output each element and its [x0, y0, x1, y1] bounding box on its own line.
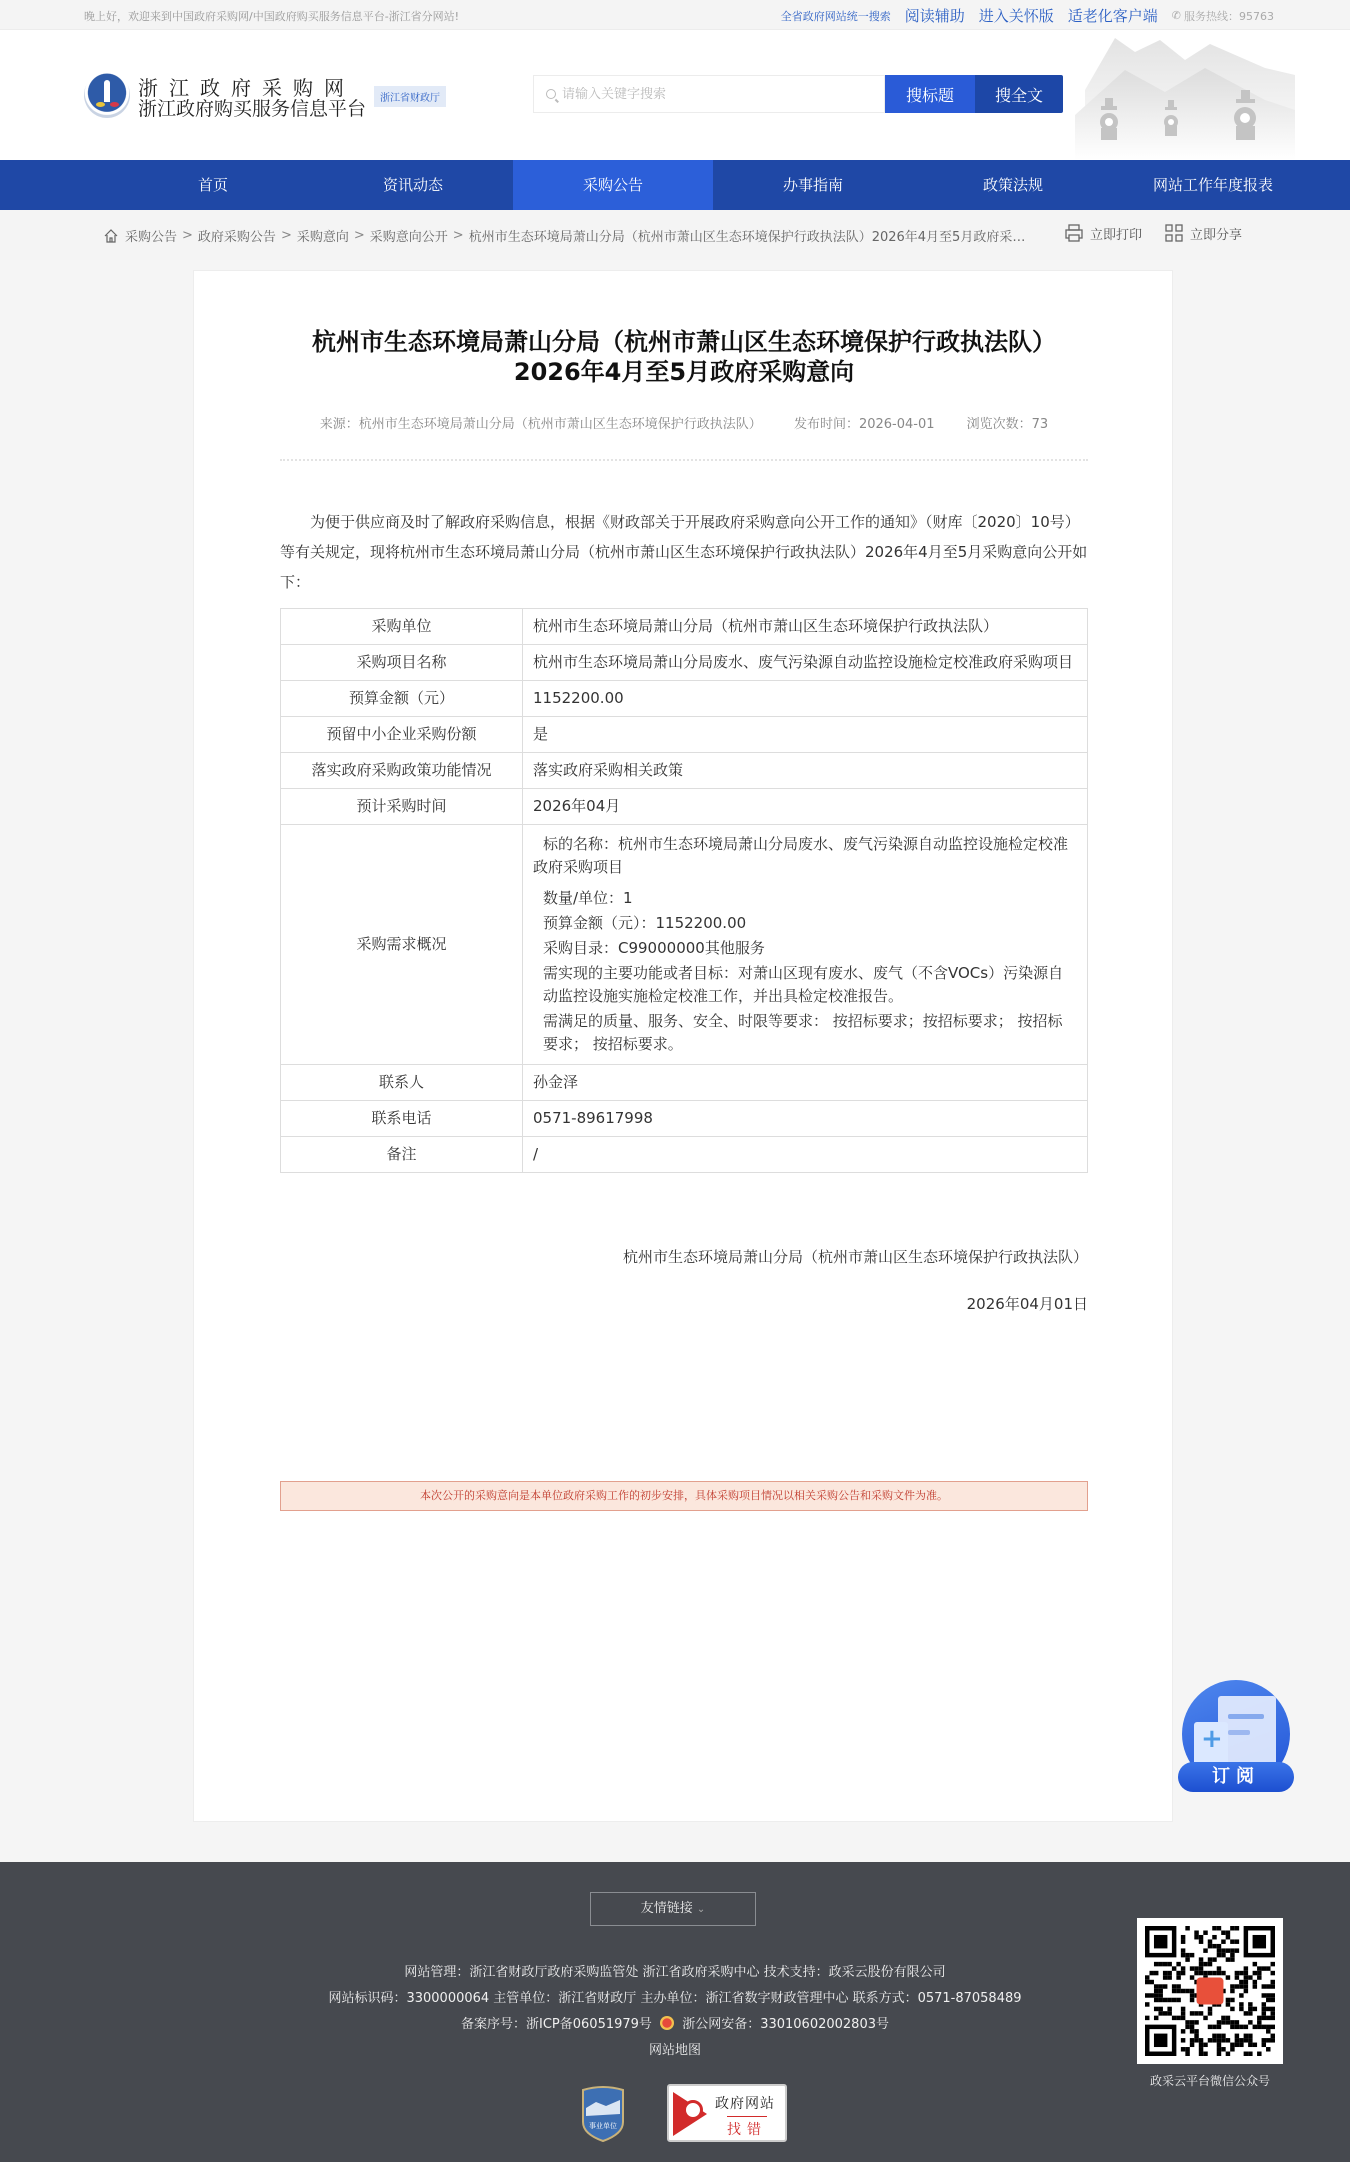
procurement-intent-table: 采购单位 杭州市生态环境局萧山分局（杭州市萧山区生态环境保护行政执法队） 采购项…	[280, 608, 1088, 1173]
row-value: 是	[523, 717, 1088, 753]
signature-unit: 杭州市生态环境局萧山分局（杭州市萧山区生态环境保护行政执法队）	[280, 1246, 1088, 1267]
report-badge-line2: 找错	[727, 2116, 767, 2139]
police-emblem-icon	[660, 2016, 674, 2030]
row-label: 联系电话	[281, 1101, 523, 1137]
table-row: 预算金额（元） 1152200.00	[281, 681, 1088, 717]
site-header: 浙江政府采购网 浙江政府购买服务信息平台 浙江省财政厅 搜标题 搜全文	[0, 30, 1350, 160]
table-row: 采购项目名称 杭州市生态环境局萧山分局废水、废气污染源自动监控设施检定校准政府采…	[281, 645, 1088, 681]
article-card: 杭州市生态环境局萧山分局（杭州市萧山区生态环境保护行政执法队）2026年4月至5…	[193, 270, 1173, 1822]
nav-item-guide[interactable]: 办事指南	[713, 160, 913, 210]
site-logo-icon[interactable]	[84, 72, 130, 118]
breadcrumb-item[interactable]: 采购意向	[297, 226, 349, 245]
table-row: 预留中小企业采购份额 是	[281, 717, 1088, 753]
search-title-button[interactable]: 搜标题	[885, 75, 975, 113]
nav-item-annual-report[interactable]: 网站工作年度报表	[1113, 160, 1313, 210]
nav-item-policy[interactable]: 政策法规	[913, 160, 1113, 210]
disclaimer-notice: 本次公开的采购意向是本单位政府采购工作的初步安排，具体采购项目情况以相关采购公告…	[280, 1481, 1088, 1511]
row-value: 落实政府采购相关政策	[523, 753, 1088, 789]
chevron-down-icon: ⌄	[697, 1904, 705, 1915]
share-button[interactable]: 立即分享	[1164, 223, 1242, 243]
police-filing-link[interactable]: 浙公网安备：33010602002803号	[682, 2017, 889, 2032]
report-error-badge[interactable]: 政府网站 找错	[667, 2084, 787, 2142]
table-row: 联系人 孙金泽	[281, 1065, 1088, 1101]
row-label: 联系人	[281, 1065, 523, 1101]
meta-divider	[280, 459, 1088, 461]
article-meta: 来源：杭州市生态环境局萧山分局（杭州市萧山区生态环境保护行政执法队） 发布时间：…	[280, 413, 1088, 432]
sitemap-link[interactable]: 网站地图	[649, 2043, 701, 2058]
qr-caption: 政采云平台微信公众号	[1118, 2072, 1302, 2089]
row-label: 采购单位	[281, 609, 523, 645]
demand-summary: 标的名称：杭州市生态环境局萧山分局废水、废气污染源自动监控设施检定校准政府采购项…	[523, 825, 1088, 1065]
public-institution-badge-icon[interactable]: 事业单位	[580, 2084, 626, 2142]
reading-aid-link[interactable]: 阅读辅助	[905, 5, 965, 26]
top-bar: 晚上好，欢迎来到中国政府采购网/中国政府购买服务信息平台-浙江省分网站! 全省政…	[0, 0, 1350, 30]
search-box	[533, 75, 885, 113]
row-label: 备注	[281, 1137, 523, 1173]
row-label: 预留中小企业采购份额	[281, 717, 523, 753]
hotline: ✆ 服务热线：95763	[1172, 8, 1274, 24]
nav-item-home[interactable]: 首页	[113, 160, 313, 210]
nav-item-news[interactable]: 资讯动态	[313, 160, 513, 210]
signature-date: 2026年04月01日	[280, 1293, 1088, 1314]
article-title: 杭州市生态环境局萧山分局（杭州市萧山区生态环境保护行政执法队）2026年4月至5…	[280, 327, 1088, 387]
qr-share-icon	[1164, 223, 1184, 243]
nav-item-procurement-notices[interactable]: 采购公告	[513, 160, 713, 210]
print-button[interactable]: 立即打印	[1064, 223, 1142, 243]
demand-catalog: 采购目录：C99000000其他服务	[543, 937, 1077, 960]
demand-budget: 预算金额（元）：1152200.00	[543, 912, 1077, 935]
report-badge-line1: 政府网站	[715, 2093, 775, 2113]
search-fulltext-button[interactable]: 搜全文	[975, 75, 1063, 113]
svg-text:事业单位: 事业单位	[589, 2121, 617, 2130]
breadcrumb-bar: 采购公告> 政府采购公告> 采购意向> 采购意向公开> 杭州市生态环境局萧山分局…	[0, 210, 1350, 260]
friend-links-dropdown[interactable]: 友情链接⌄	[590, 1892, 756, 1926]
search-input[interactable]	[562, 87, 862, 102]
icp-link[interactable]: 备案序号：浙ICP备06051979号	[461, 2017, 652, 2032]
home-icon[interactable]	[103, 228, 119, 244]
print-label: 立即打印	[1090, 224, 1142, 243]
hotline-text: 服务热线：95763	[1184, 8, 1274, 24]
article-source: 来源：杭州市生态环境局萧山分局（杭州市萧山区生态环境保护行政执法队）	[320, 417, 762, 432]
site-footer: 友情链接⌄ 网站管理：浙江省财政厅政府采购监管处 浙江省政府采购中心 技术支持：…	[0, 1862, 1350, 2162]
magnifier-icon	[683, 2100, 703, 2120]
row-label: 预计采购时间	[281, 789, 523, 825]
welcome-text: 晚上好，欢迎来到中国政府采购网/中国政府购买服务信息平台-浙江省分网站!	[84, 8, 459, 24]
dept-badge[interactable]: 浙江省财政厅	[374, 86, 446, 107]
breadcrumb-item[interactable]: 采购公告	[125, 226, 177, 245]
article-publish-time: 发布时间：2026-04-01	[794, 417, 935, 432]
table-row: 备注 /	[281, 1137, 1088, 1173]
top-links: 全省政府网站统一搜索 阅读辅助 进入关怀版 适老化客户端 ✆ 服务热线：9576…	[781, 5, 1274, 26]
row-value: 杭州市生态环境局萧山分局（杭州市萧山区生态环境保护行政执法队）	[523, 609, 1088, 645]
row-value: 孙金泽	[523, 1065, 1088, 1101]
printer-icon	[1064, 223, 1084, 243]
row-label: 预算金额（元）	[281, 681, 523, 717]
table-row: 落实政府采购政策功能情况 落实政府采购相关政策	[281, 753, 1088, 789]
row-value: 0571-89617998	[523, 1101, 1088, 1137]
demand-subject: 标的名称：杭州市生态环境局萧山分局废水、废气污染源自动监控设施检定校准政府采购项…	[533, 833, 1077, 879]
unified-search-link[interactable]: 全省政府网站统一搜索	[781, 8, 891, 24]
breadcrumb-current: 杭州市生态环境局萧山分局（杭州市萧山区生态环境保护行政执法队）2026年4月至5…	[469, 226, 1037, 245]
breadcrumb: 采购公告> 政府采购公告> 采购意向> 采购意向公开> 杭州市生态环境局萧山分局…	[103, 226, 1037, 245]
row-label: 采购项目名称	[281, 645, 523, 681]
row-value: /	[523, 1137, 1088, 1173]
page-actions: 立即打印 立即分享	[1064, 223, 1242, 243]
row-value: 2026年04月	[523, 789, 1088, 825]
scenery-illustration	[1065, 30, 1295, 160]
search-icon	[546, 89, 556, 99]
friend-links-label: 友情链接	[641, 1901, 693, 1916]
row-value: 杭州市生态环境局萧山分局废水、废气污染源自动监控设施检定校准政府采购项目	[523, 645, 1088, 681]
elderly-client-link[interactable]: 适老化客户端	[1068, 5, 1158, 26]
demand-quantity: 数量/单位：1	[543, 887, 1077, 910]
row-value: 1152200.00	[523, 681, 1088, 717]
subscribe-label: 订阅	[1178, 1762, 1294, 1792]
site-subname[interactable]: 浙江政府购买服务信息平台	[138, 94, 366, 121]
row-label: 采购需求概况	[281, 825, 523, 1065]
demand-goal: 需实现的主要功能或者目标：对萧山区现有废水、废气（不含VOCs）污染源自动监控设…	[543, 962, 1077, 1008]
table-row: 联系电话 0571-89617998	[281, 1101, 1088, 1137]
qr-code-icon	[1145, 1926, 1275, 2056]
table-row-demand: 采购需求概况 标的名称：杭州市生态环境局萧山分局废水、废气污染源自动监控设施检定…	[281, 825, 1088, 1065]
table-row: 预计采购时间 2026年04月	[281, 789, 1088, 825]
demand-requirements: 需满足的质量、服务、安全、时限等要求： 按招标要求；按招标要求； 按招标要求； …	[543, 1010, 1077, 1056]
subscribe-button[interactable]: 订阅	[1178, 1680, 1294, 1794]
breadcrumb-item[interactable]: 采购意向公开	[370, 226, 448, 245]
main-nav: 首页 资讯动态 采购公告 办事指南 政策法规 网站工作年度报表	[0, 160, 1350, 210]
article-views: 浏览次数：73	[967, 417, 1049, 432]
table-row: 采购单位 杭州市生态环境局萧山分局（杭州市萧山区生态环境保护行政执法队）	[281, 609, 1088, 645]
care-mode-link[interactable]: 进入关怀版	[979, 5, 1054, 26]
breadcrumb-item[interactable]: 政府采购公告	[198, 226, 276, 245]
wechat-qr-code	[1137, 1918, 1283, 2064]
phone-icon: ✆	[1172, 9, 1181, 22]
share-label: 立即分享	[1190, 224, 1242, 243]
article-intro: 为便于供应商及时了解政府采购信息，根据《财政部关于开展政府采购意向公开工作的通知…	[280, 507, 1090, 597]
row-label: 落实政府采购政策功能情况	[281, 753, 523, 789]
